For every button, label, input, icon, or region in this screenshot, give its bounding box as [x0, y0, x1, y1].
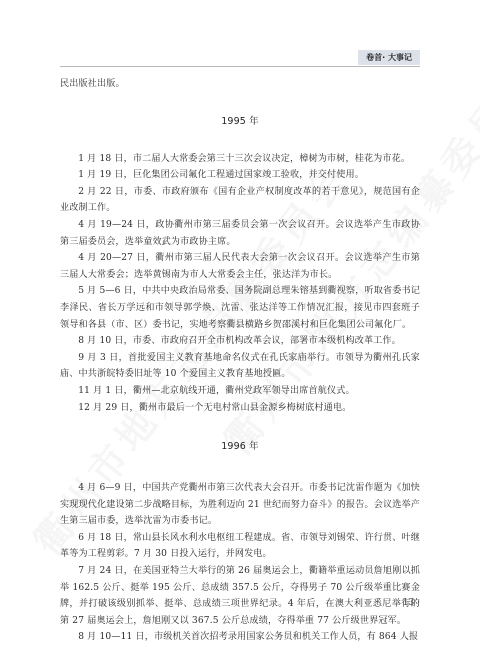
document-page: 衢州市地方志编纂委员会 衢州市地方志编纂委员会 卷首· 大事记 民出版社出版。 … [0, 0, 480, 655]
chronicle-entry: 4 月 19—24 日，政协衢州市第三届委员会第一次会议召开。会议选举产生市政协… [60, 217, 420, 250]
year-heading-1995: 1995 年 [60, 93, 420, 151]
chronicle-entry: 2 月 22 日，市委、市政府颁布《国有企业产权制度改革的若干意见》，规范国有企… [60, 184, 420, 217]
body-text: 民出版社出版。 1995 年 1 月 18 日，市二届人大常委会第三十三次会议决… [60, 76, 420, 646]
chronicle-entry: 8 月 10—11 日，市级机关首次招考录用国家公务员和机关工作人员，有 864… [60, 629, 420, 646]
chronicle-entry: 11 月 1 日，衢州—北京航线开通，衢州党政军领导出席首航仪式。 [60, 383, 420, 400]
chronicle-entry: 5 月 5—6 日，中共中央政治局常委、国务院副总理朱镕基到衢视察，听取省委书记… [60, 283, 420, 333]
section-tag: 卷首· 大事记 [358, 50, 420, 65]
chronicle-entry: 7 月 24 日，在美国亚特兰大举行的第 26 届奥运会上，衢籍举重运动员詹旭刚… [60, 563, 420, 629]
chronicle-entry: 9 月 3 日，首批爱国主义教育基地命名仪式在孔氏家庙举行。市领导为衢州孔氏家庙… [60, 350, 420, 383]
running-header: 卷首· 大事记 [60, 50, 420, 67]
chronicle-entry: 1 月 18 日，市二届人大常委会第三十三次会议决定，樟树为市树，桂花为市花。 [60, 151, 420, 168]
carryover-paragraph: 民出版社出版。 [60, 76, 420, 93]
chronicle-entry: 4 月 6—9 日，中国共产党衢州市第三次代表大会召开。市委书记沈雷作题为《加快… [60, 480, 420, 530]
chronicle-entry: 8 月 10 日，市委、市政府召开全市机构改革会议，部署市本级机构改革工作。 [60, 333, 420, 350]
page-number: · 13 · [397, 598, 420, 608]
chronicle-entry: 1 月 19 日，巨化集团公司氟化工程通过国家竣工验收，并交付使用。 [60, 167, 420, 184]
chronicle-entry: 4 月 20—27 日，衢州市第三届人民代表大会第一次会议召开。会议选举产生市第… [60, 250, 420, 283]
year-heading-1996: 1996 年 [60, 422, 420, 480]
chronicle-entry: 6 月 18 日，常山县长风水利水电枢纽工程建成。省、市领导刘锡荣、许行贯、叶继… [60, 530, 420, 563]
chronicle-entry: 12 月 29 日，衢州市最后一个无电村常山县金源乡梅树底村通电。 [60, 400, 420, 417]
